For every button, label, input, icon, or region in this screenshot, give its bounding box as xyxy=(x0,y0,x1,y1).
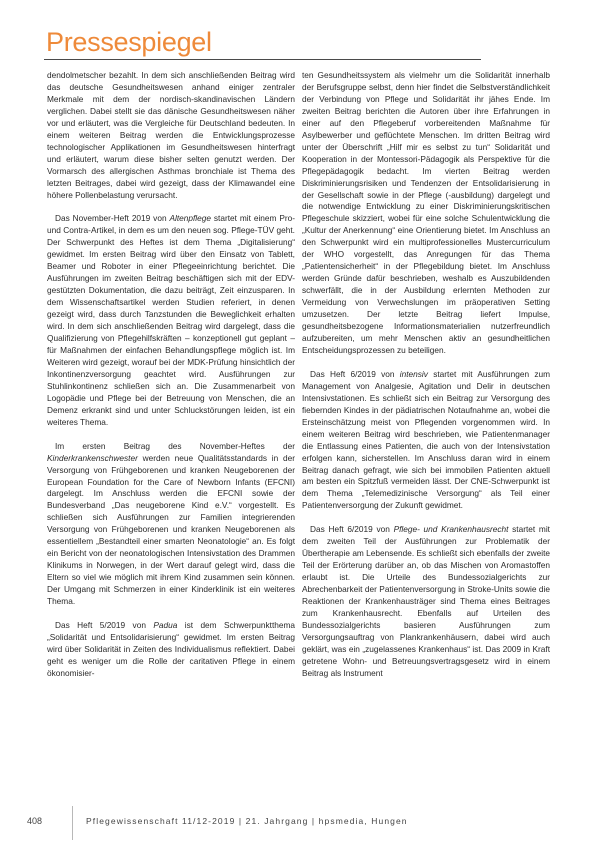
left-column: dendolmetscher bezahlt. In dem sich ansc… xyxy=(47,70,295,680)
paragraph-text: Das Heft 6/2019 von xyxy=(310,369,400,379)
paragraph-text: Das Heft 6/2019 von xyxy=(310,524,394,534)
journal-name: Altenpflege xyxy=(169,213,211,223)
title-divider xyxy=(44,59,481,60)
paragraph-text: Im ersten Beitrag des November-Heftes de… xyxy=(55,441,295,451)
paragraph-text: startet mit Ausführungen zum Management … xyxy=(302,369,550,510)
journal-name: Kinderkrankenschwester xyxy=(47,453,138,463)
paragraph-krankenhausrecht: Das Heft 6/2019 von Pflege- und Krankenh… xyxy=(302,524,550,679)
journal-name: Padua xyxy=(153,620,177,630)
journal-name: intensiv xyxy=(400,369,428,379)
paragraph-text: startet mit einem Pro- und Contra-Artike… xyxy=(47,213,295,426)
paragraph-continuation: dendolmetscher bezahlt. In dem sich ansc… xyxy=(47,70,295,201)
page-title: Pressespiegel xyxy=(46,27,212,58)
paragraph-padua: Das Heft 5/2019 von Padua ist dem Schwer… xyxy=(47,620,295,680)
publication-info: Pflegewissenschaft 11/12-2019 | 21. Jahr… xyxy=(86,816,408,826)
page-number: 408 xyxy=(27,816,42,826)
paragraph-text: werden neue Qualitätsstandards in der Ve… xyxy=(47,453,295,606)
right-column: ten Gesundheitssystem als vielmehr um di… xyxy=(302,70,550,680)
paragraph-altenpflege: Das November-Heft 2019 von Altenpflege s… xyxy=(47,213,295,428)
footer-divider xyxy=(72,806,73,840)
paragraph-padua-continued: ten Gesundheitssystem als vielmehr um di… xyxy=(302,70,550,357)
journal-name: Pflege- und Krankenhausrecht xyxy=(394,524,509,534)
paragraph-intensiv: Das Heft 6/2019 von intensiv startet mit… xyxy=(302,369,550,512)
paragraph-text: startet mit dem zweiten Teil der Ausführ… xyxy=(302,524,550,677)
paragraph-kinderkrankenschwester: Im ersten Beitrag des November-Heftes de… xyxy=(47,441,295,608)
paragraph-text: Das November-Heft 2019 von xyxy=(55,213,169,223)
paragraph-text: Das Heft 5/2019 von xyxy=(55,620,153,630)
page-footer: 408 Pflegewissenschaft 11/12-2019 | 21. … xyxy=(0,806,595,842)
